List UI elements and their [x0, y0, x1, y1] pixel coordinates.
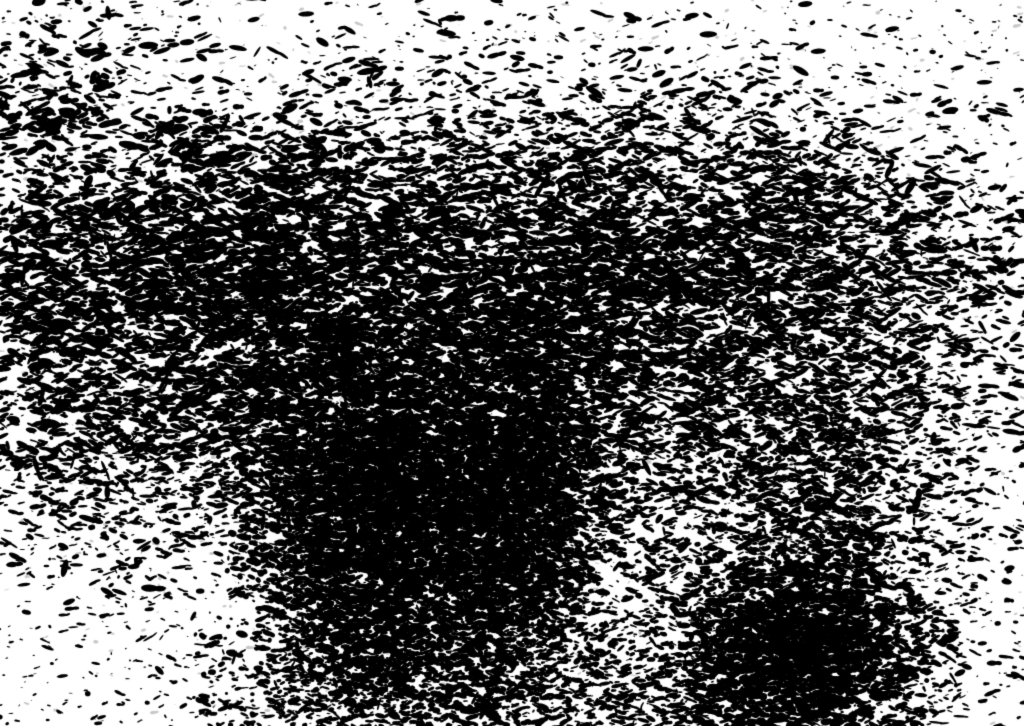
grunge-texture-stage	[0, 0, 1024, 726]
grunge-texture-canvas	[0, 0, 1024, 726]
